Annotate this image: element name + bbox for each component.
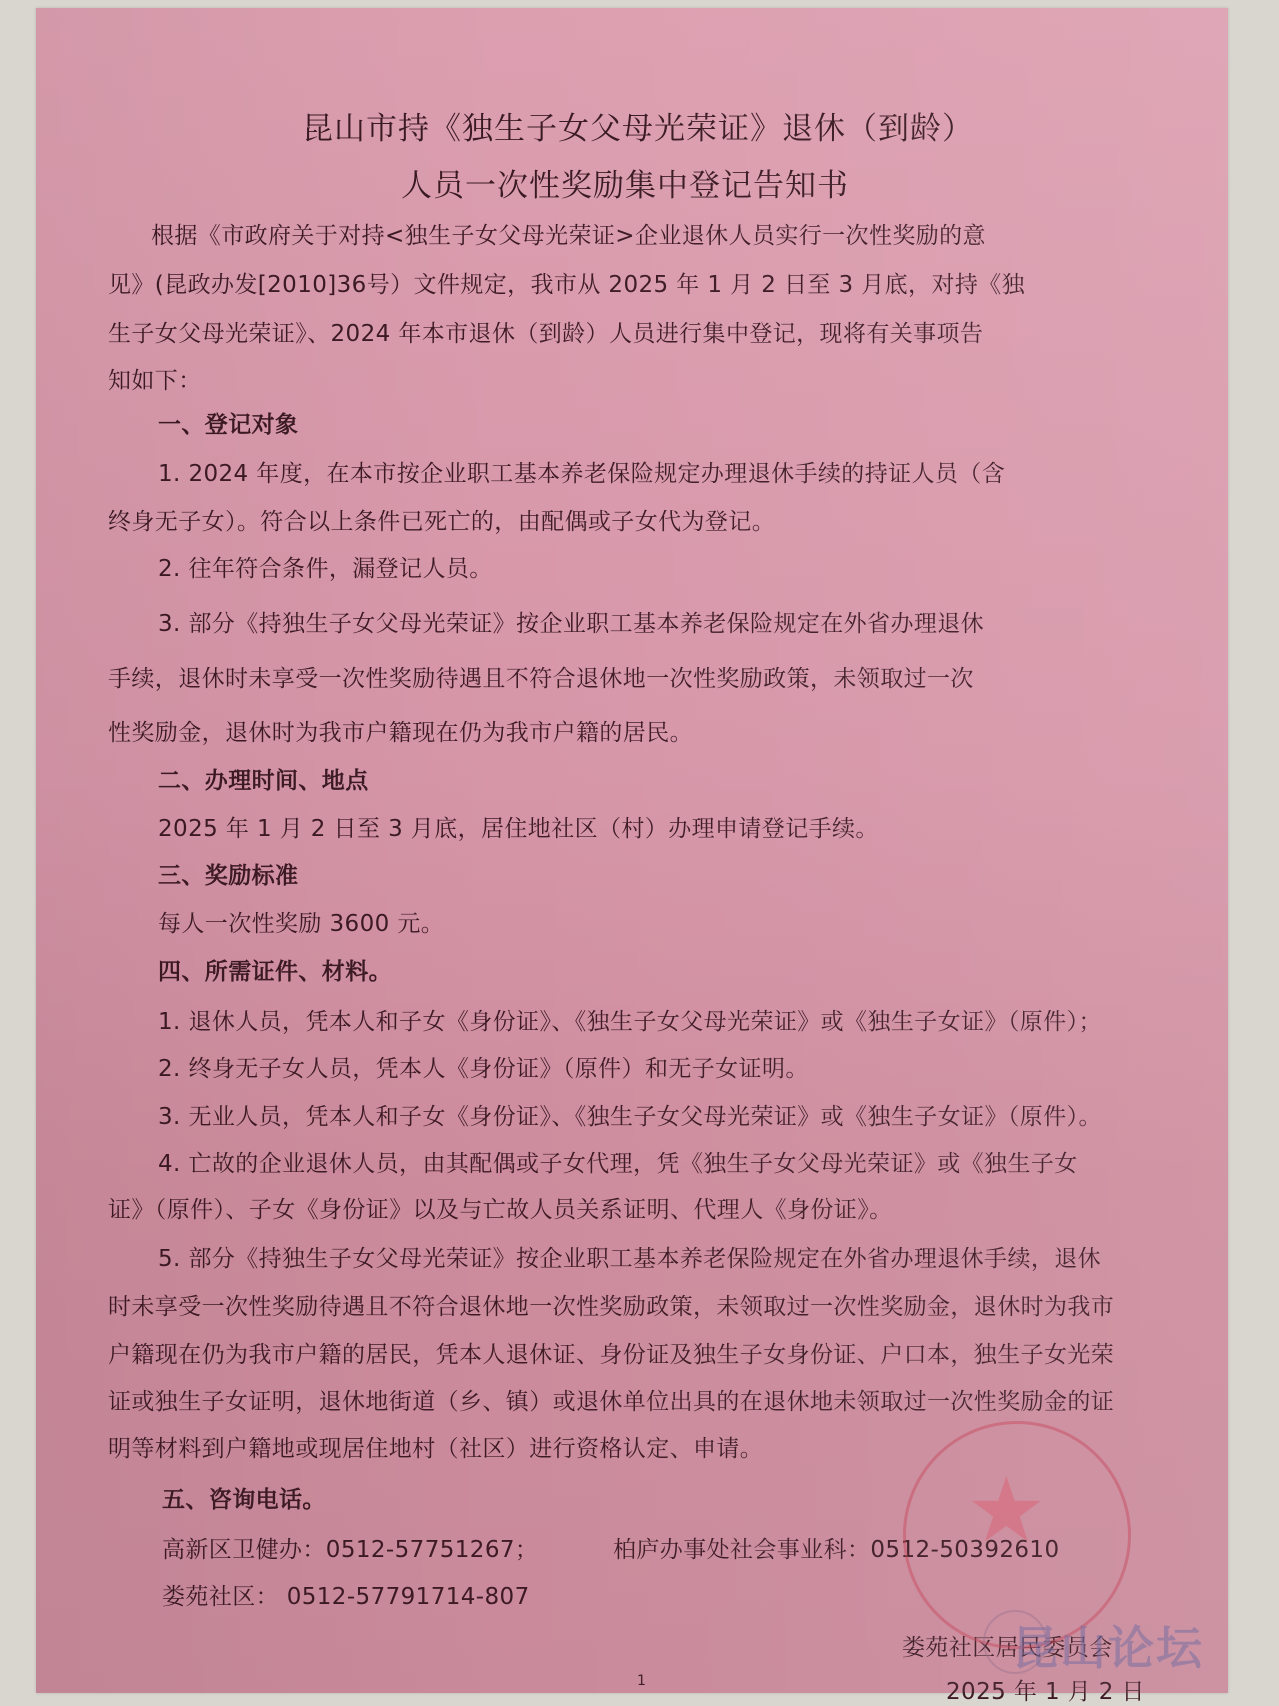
- page-number: 1: [637, 1673, 646, 1689]
- section-heading: 一、登记对象: [158, 406, 298, 439]
- watermark-text: 昆山论坛: [1012, 1612, 1204, 1678]
- intro-line: 知如下：: [108, 362, 202, 395]
- intro-line: 生子女父母光荣证》、2024 年本市退休（到龄）人员进行集中登记，现将有关事项告: [108, 315, 983, 348]
- section-line: 时未享受一次性奖励待遇且不符合退休地一次性奖励政策，未领取过一次性奖励金，退休时…: [108, 1288, 1114, 1321]
- section-heading: 五、咨询电话。: [162, 1481, 326, 1514]
- intro-line: 见》(昆政办发[2010]36号）文件规定，我市从 2025 年 1 月 2 日…: [108, 266, 1025, 299]
- section-line: 每人一次性奖励 3600 元。: [158, 905, 444, 938]
- section-heading: 三、奖励标准: [158, 857, 298, 890]
- section-line: 终身无子女）。符合以上条件已死亡的，由配偶或子女代为登记。: [108, 503, 775, 536]
- section-line: 2025 年 1 月 2 日至 3 月底，居住地社区（村）办理申请登记手续。: [158, 810, 879, 843]
- section-line: 手续，退休时未享受一次性奖励待遇且不符合退休地一次性奖励政策，未领取过一次: [108, 660, 974, 693]
- phone-gaoxin: 高新区卫健办：0512-57751267；: [162, 1531, 538, 1564]
- section-line: 明等材料到户籍地或现居住地村（社区）进行资格认定、申请。: [108, 1430, 763, 1463]
- section-line: 2. 往年符合条件，漏登记人员。: [158, 550, 493, 583]
- section-line: 3. 部分《持独生子女父母光荣证》按企业职工基本养老保险规定在外省办理退休: [158, 605, 984, 638]
- section-line: 1. 退休人员，凭本人和子女《身份证》、《独生子女父母光荣证》或《独生子女证》（…: [158, 1003, 1102, 1036]
- intro-line: 根据《市政府关于对持<独生子女父母光荣证>企业退休人员实行一次性奖励的意: [151, 217, 986, 250]
- section-heading: 二、办理时间、地点: [158, 762, 369, 795]
- section-line: 3. 无业人员，凭本人和子女《身份证》、《独生子女父母光荣证》或《独生子女证》（…: [158, 1098, 1102, 1131]
- section-line: 5. 部分《持独生子女父母光荣证》按企业职工基本养老保险规定在外省办理退休手续，…: [158, 1240, 1101, 1273]
- section-line: 证或独生子女证明，退休地街道（乡、镇）或退休单位出具的在退休地未领取过一次性奖励…: [108, 1383, 1114, 1416]
- document-title-line2: 人员一次性奖励集中登记告知书: [29, 160, 1221, 205]
- document-title-line1: 昆山市持《独生子女父母光荣证》退休（到龄）: [42, 103, 1234, 148]
- star-icon: ★: [966, 1466, 1047, 1556]
- section-line: 户籍现在仍为我市户籍的居民，凭本人退休证、身份证及独生子女身份证、户口本，独生子…: [108, 1336, 1114, 1369]
- section-heading: 四、所需证件、材料。: [158, 953, 392, 986]
- phone-louyuan: 娄苑社区： 0512-57791714-807: [162, 1578, 530, 1611]
- section-line: 1. 2024 年度，在本市按企业职工基本养老保险规定办理退休手续的持证人员（含: [158, 455, 1005, 488]
- section-line: 4. 亡故的企业退休人员，由其配偶或子女代理，凭《独生子女父母光荣证》或《独生子…: [158, 1145, 1078, 1178]
- section-line: 2. 终身无子女人员，凭本人《身份证》（原件）和无子女证明。: [158, 1050, 809, 1083]
- section-line: 证》（原件）、子女《身份证》以及与亡故人员关系证明、代理人《身份证》。: [108, 1191, 893, 1224]
- section-line: 性奖励金，退休时为我市户籍现在仍为我市户籍的居民。: [108, 714, 693, 747]
